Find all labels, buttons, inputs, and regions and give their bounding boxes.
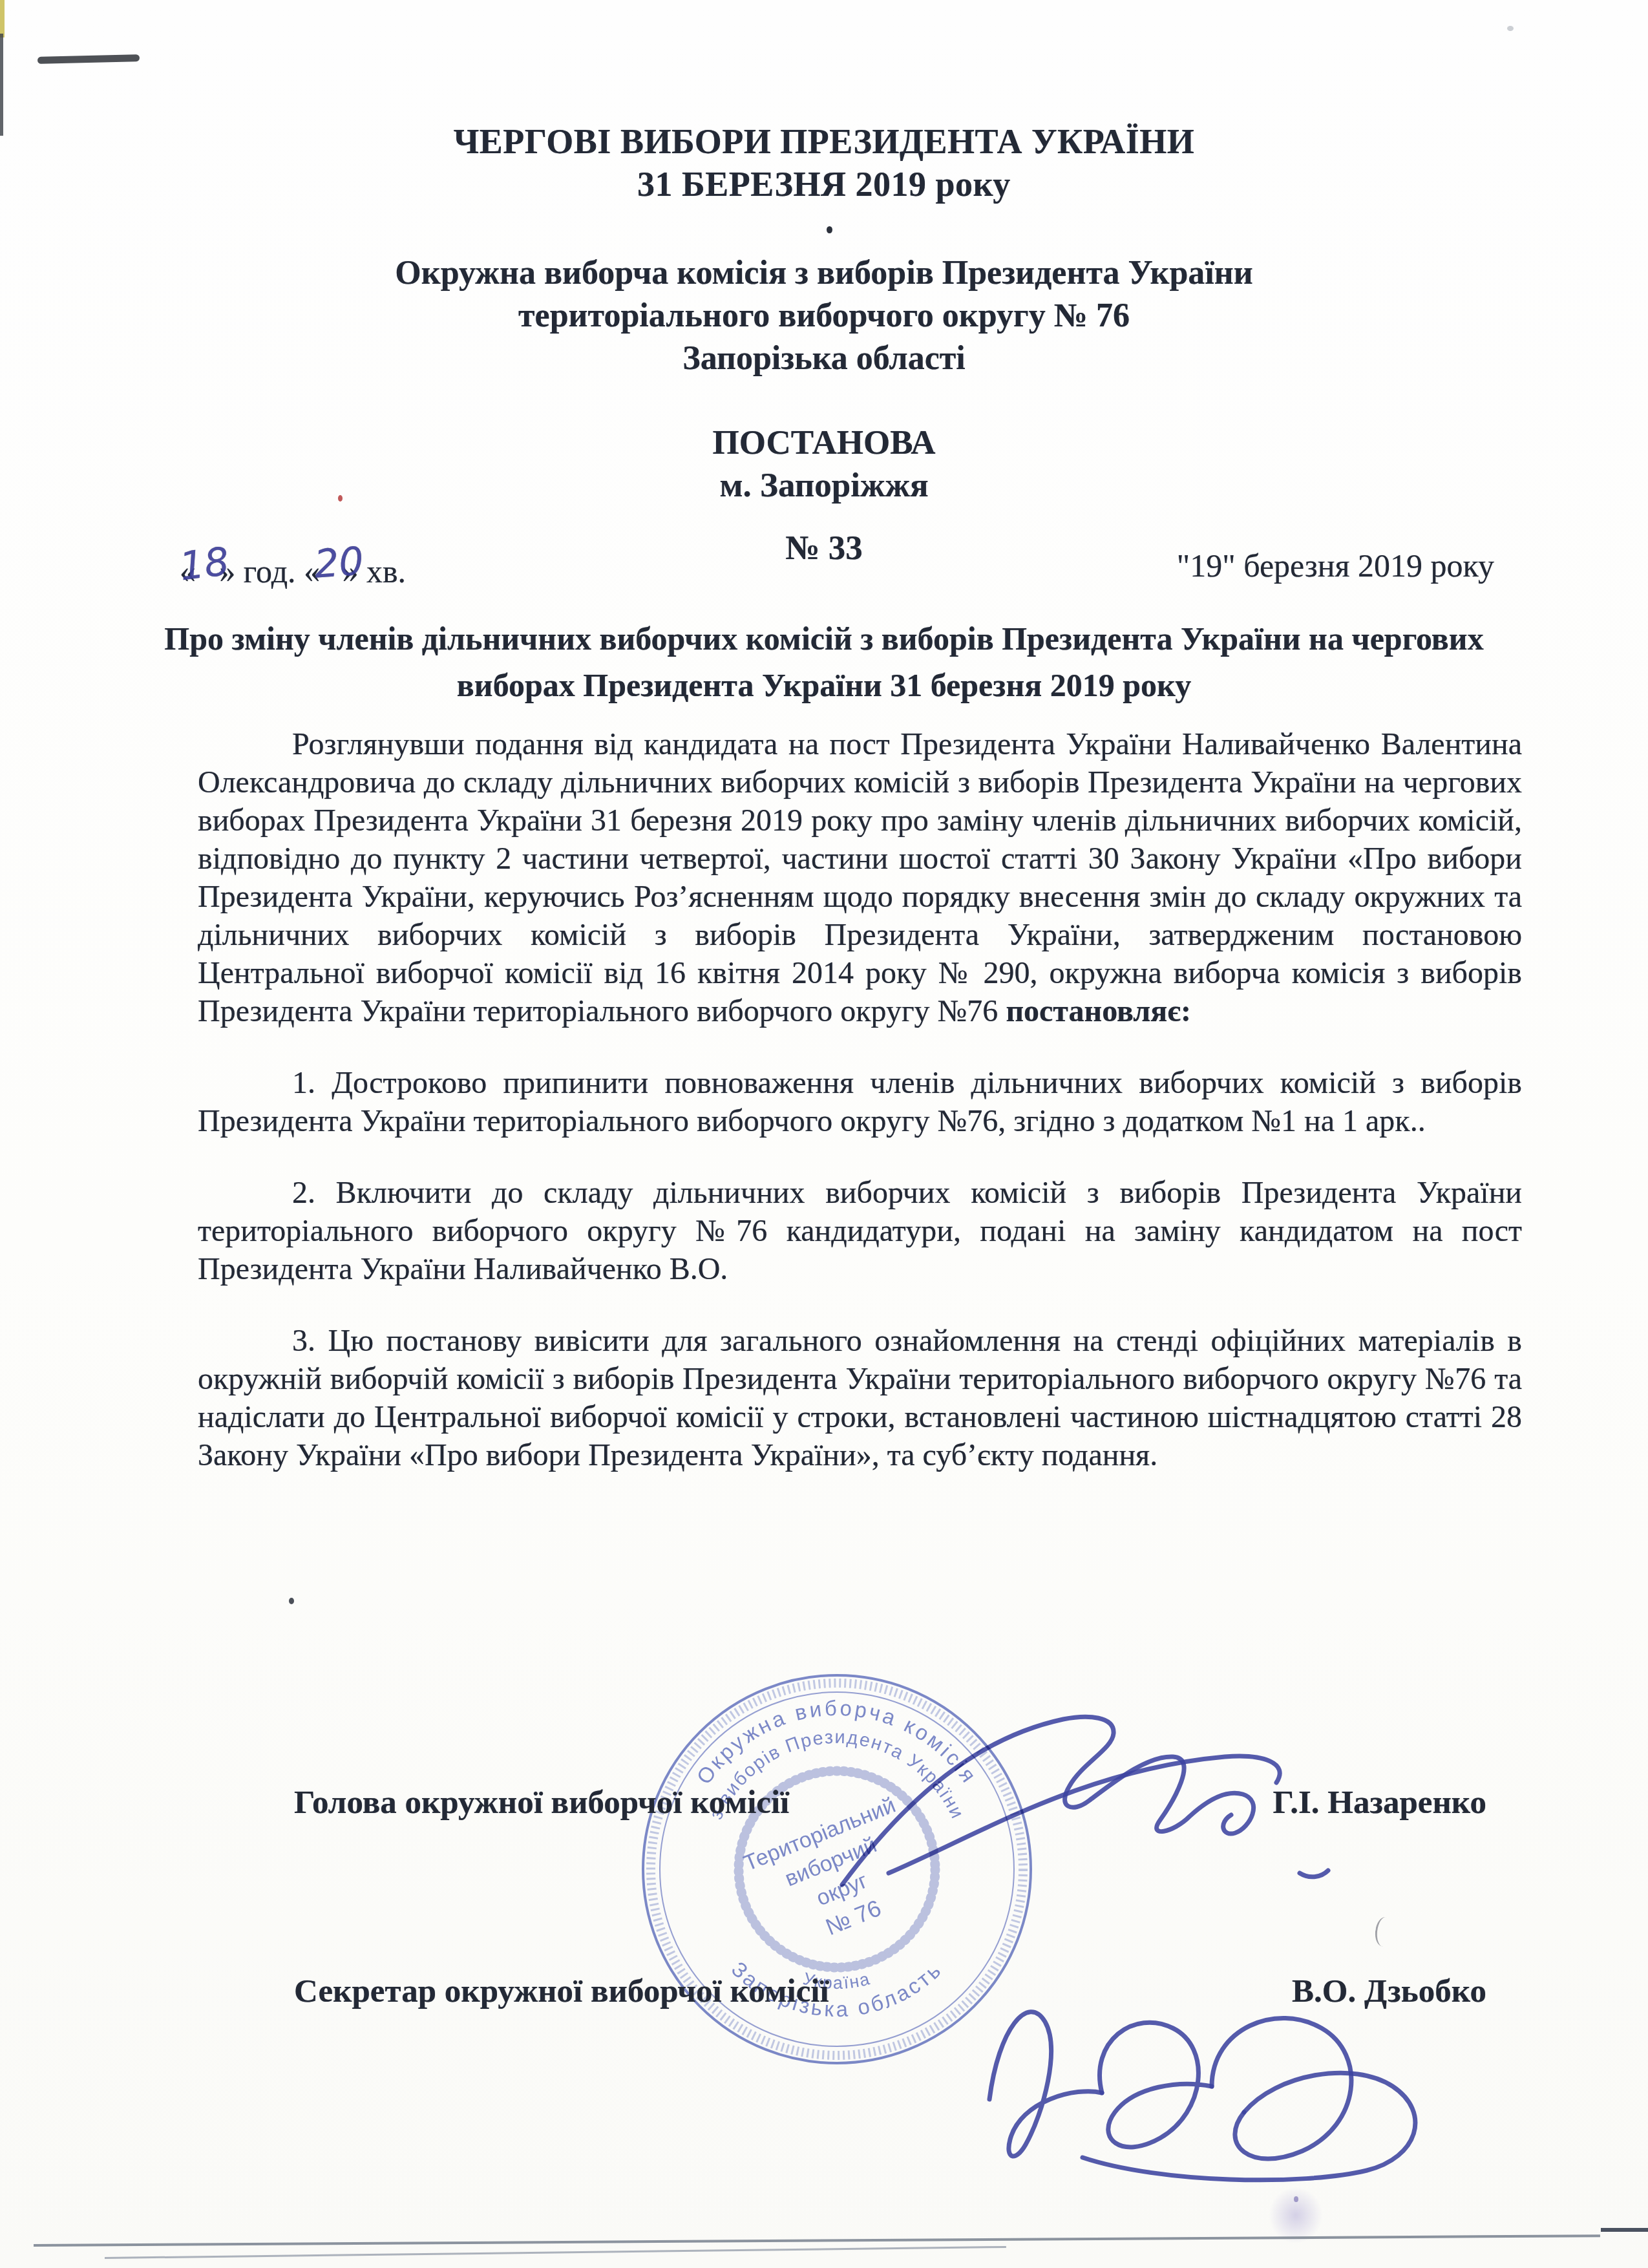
commission-block: Окружна виборча комісія з виборів Презид… [0, 252, 1648, 380]
preamble-paragraph: Розглянувши подання від кандидата на пос… [198, 725, 1522, 1030]
document-header: ЧЕРГОВІ ВИБОРИ ПРЕЗИДЕНТА УКРАЇНИ 31 БЕР… [0, 120, 1648, 206]
document-body: Розглянувши подання від кандидата на пос… [198, 725, 1522, 1474]
header-line-date: 31 БЕРЕЗНЯ 2019 року [0, 163, 1648, 206]
signature-stroke [989, 2012, 1102, 2156]
chairman-name: Г.І. Назаренко [1273, 1784, 1486, 1821]
secretary-role-label: Секретар окружної виборчої комісії [294, 1973, 829, 2010]
handwritten-hour-value: 18 [177, 539, 231, 590]
scan-artifact-dot-under-header [827, 226, 832, 233]
scan-artifact-red-speck [338, 495, 343, 502]
scan-artifact-edge-yellow [0, 0, 5, 37]
signature-stroke [1300, 1871, 1328, 1877]
signature-row-secretary: Секретар окружної виборчої комісії В.О. … [294, 1973, 1486, 2010]
preamble-resolve-word: постановляє: [1006, 994, 1191, 1028]
secretary-name: В.О. Дзьобко [1292, 1973, 1486, 2010]
time-date-row: «18» год. «20» хв. "19" березня 2019 рок… [180, 547, 1494, 592]
scan-artifact-top-line [37, 54, 140, 64]
time-field: «18» год. «20» хв. [180, 547, 406, 592]
chairman-role-label: Голова окружної виборчої комісії [294, 1784, 789, 1821]
scan-artifact-dot-before-signatures [289, 1598, 294, 1604]
header-line-election: ЧЕРГОВІ ВИБОРИ ПРЕЗИДЕНТА УКРАЇНИ [0, 120, 1648, 163]
commission-line-3: Запорізька області [0, 337, 1648, 380]
minute-label: хв. [366, 553, 406, 589]
signature-stroke [1212, 2018, 1351, 2159]
signature-row-chairman: Голова окружної виборчої комісії Г.І. На… [294, 1784, 1486, 1821]
hour-label: год. [244, 553, 296, 589]
commission-line-1: Окружна виборча комісія з виборів Презид… [0, 252, 1648, 295]
scan-artifact-bottom-edge-line [34, 2234, 1600, 2247]
doc-city-label: м. Запоріжжя [0, 464, 1648, 507]
doc-type-label: ПОСТАНОВА [0, 421, 1648, 464]
scanned-document-page: ЧЕРГОВІ ВИБОРИ ПРЕЗИДЕНТА УКРАЇНИ 31 БЕР… [0, 0, 1648, 2268]
resolution-title: Про зміну членів дільничних виборчих ком… [139, 615, 1509, 708]
scan-artifact-bottom-right-segment [1601, 2228, 1648, 2232]
date-field: "19" березня 2019 року [1177, 547, 1494, 592]
scan-artifact-bottom-edge-line-2 [105, 2246, 1006, 2259]
preamble-text: Розглянувши подання від кандидата на пос… [198, 727, 1522, 1028]
resolution-item-2: 2. Включити до складу дільничних виборчи… [198, 1174, 1522, 1288]
signature-stroke [1083, 2073, 1415, 2180]
handwritten-minute-value: 20 [313, 538, 365, 587]
resolution-item-1: 1. Достроково припинити повноваження чле… [198, 1064, 1522, 1140]
signature-secretary [966, 1931, 1483, 2203]
resolution-heading-block: ПОСТАНОВА м. Запоріжжя [0, 421, 1648, 507]
resolution-item-3: 3. Цю постанову вивісити для загального … [198, 1322, 1522, 1474]
signature-stroke [1100, 2022, 1212, 2147]
commission-line-2: територіального виборчого округу № 76 [0, 295, 1648, 337]
scan-artifact-smudge-dot [1294, 2196, 1298, 2202]
scan-artifact-speck-topright [1507, 26, 1514, 31]
